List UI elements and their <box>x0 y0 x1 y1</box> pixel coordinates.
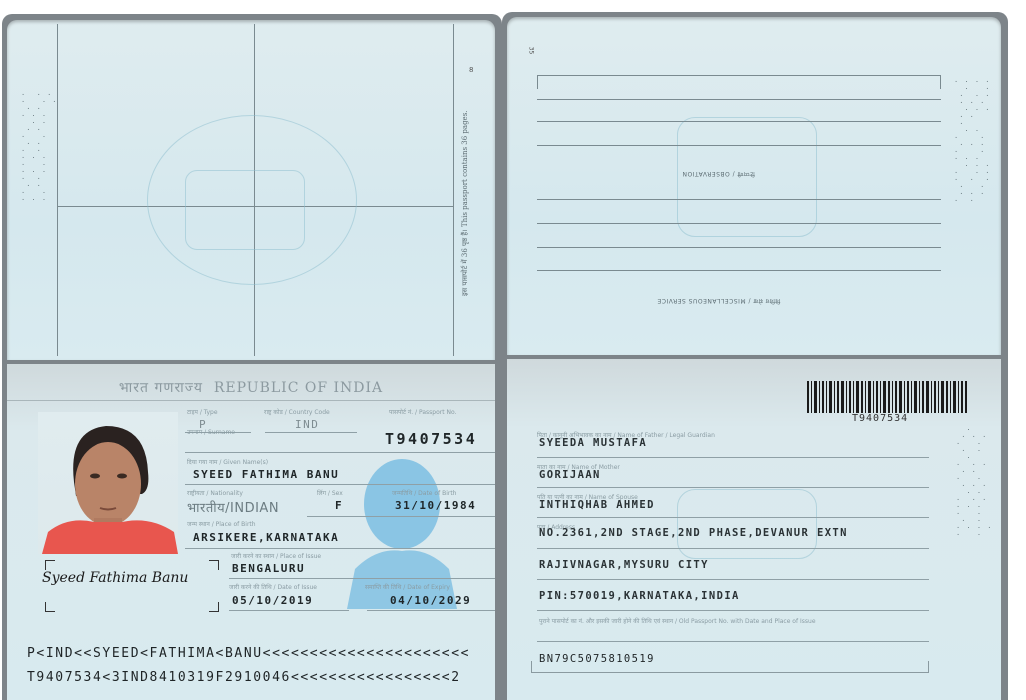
label-nationality: राष्ट्रीयता / Nationality <box>187 489 243 497</box>
label-date-of-birth: जन्मतिथि / Date of Birth <box>392 489 457 497</box>
holder-photo <box>38 412 178 554</box>
value-date-of-expiry: 04/10/2029 <box>390 594 471 607</box>
ruled-line <box>537 641 929 642</box>
page-number: 8 <box>469 66 473 74</box>
value-nationality: भारतीय/INDIAN <box>187 498 279 516</box>
old-passport-box <box>531 661 929 673</box>
observation-page: 35 टिप्पणी / OBSERVATION विविध सेवा / MI… <box>507 17 1001 355</box>
page-number: 35 <box>527 47 534 55</box>
mrz-line-1: P<IND<<SYEED<FATHIMA<BANU<<<<<<<<<<<<<<<… <box>27 646 470 661</box>
passport-scan-left: . . . . . . . . . . . . . . . . . . . . … <box>2 14 502 700</box>
value-father: SYEEDA MUSTAFA <box>539 437 647 449</box>
header-divider <box>7 400 495 401</box>
value-passport-no: T9407534 <box>385 430 477 448</box>
perforation-number-icon: . . . . . . . . . . . . . . . . . . . . … <box>954 77 991 203</box>
republic-of-india-header: भारत गणराज्य REPUBLIC OF INDIA <box>7 378 495 397</box>
ruled-line <box>537 145 941 146</box>
ruled-line <box>537 247 941 248</box>
perforation-number-icon: . . . . . . . . . . . . . . . . . . . . … <box>21 90 58 202</box>
value-address-line-3: PIN:570019,KARNATAKA,INDIA <box>539 590 740 602</box>
signature-corner <box>209 560 219 570</box>
label-passport-no: पासपोर्ट नं. / Passport No. <box>389 408 456 416</box>
label-place-of-issue: जारी करने का स्थान / Place of Issue <box>231 552 321 560</box>
page-count-notice: इस पासपोर्ट में 36 पृष्ठ हैं। This passp… <box>461 110 470 296</box>
page-grid-line <box>453 24 454 356</box>
field-underline <box>185 548 495 549</box>
label-type: टाइप / Type <box>187 408 218 416</box>
blank-visa-page: . . . . . . . . . . . . . . . . . . . . … <box>7 20 495 360</box>
label-country-code: राष्ट्र कोड / Country Code <box>264 408 330 416</box>
field-underline <box>185 484 495 485</box>
ruled-line <box>537 487 929 488</box>
field-underline <box>185 452 495 453</box>
value-sex: F <box>335 499 343 512</box>
field-underline <box>367 610 495 611</box>
ruled-line <box>537 121 941 122</box>
observation-box <box>537 75 941 89</box>
value-date-of-birth: 31/10/1984 <box>395 499 476 512</box>
ruled-line <box>537 457 929 458</box>
value-place-of-issue: BENGALURU <box>232 562 305 575</box>
passport-scan-right: 35 टिप्पणी / OBSERVATION विविध सेवा / MI… <box>502 12 1008 700</box>
personal-particulars-page: T9407534 पिता / कानूनी अभिभावक का नाम / … <box>507 359 1001 700</box>
value-spouse: INTHIQHAB AHMED <box>539 499 655 511</box>
ruled-line <box>537 223 941 224</box>
value-address-line-1: NO.2361,2ND STAGE,2ND PHASE,DEVANUR EXTN <box>539 527 848 539</box>
mrz-line-2: T9407534<3IND8410319F2910046<<<<<<<<<<<<… <box>27 670 461 685</box>
label-old-passport: पुराने पासपोर्ट का नं. और इसकी जारी होने… <box>539 617 816 625</box>
label-given-names: दिया गया नाम / Given Name(s) <box>187 458 268 466</box>
ruled-line <box>537 579 929 580</box>
label-surname: उपनाम / Surname <box>187 428 235 436</box>
label-date-of-expiry: समाप्ति की तिथि / Date of Expiry <box>365 583 450 591</box>
value-date-of-issue: 05/10/2019 <box>232 594 313 607</box>
miscellaneous-service-label: विविध सेवा / MISCELLANEOUS SERVICE <box>657 297 780 305</box>
portrait-icon <box>38 412 178 554</box>
signature-corner <box>45 602 55 612</box>
value-place-of-birth: ARSIKERE,KARNATAKA <box>193 531 339 544</box>
signature-corner <box>209 602 219 612</box>
field-underline <box>265 432 357 433</box>
field-underline <box>229 610 349 611</box>
barcode-number: T9407534 <box>852 413 908 424</box>
ruled-line <box>537 99 941 100</box>
label-date-of-issue: जारी करने की तिथि / Date of Issue <box>229 583 317 591</box>
holder-signature: Syeed Fathima Banu <box>42 570 188 586</box>
value-address-line-2: RAJIVNAGAR,MYSURU CITY <box>539 559 709 571</box>
ruled-line <box>537 517 929 518</box>
label-sex: लिंग / Sex <box>317 489 343 497</box>
value-country-code: IND <box>295 418 319 431</box>
field-underline <box>307 516 495 517</box>
value-given-names: SYEED FATHIMA BANU <box>193 468 339 481</box>
ruled-line <box>537 610 929 611</box>
passport-data-page: भारत गणराज्य REPUBLIC OF INDIA टाइप / Ty… <box>7 364 495 700</box>
ruled-line <box>537 548 929 549</box>
perforation-number-icon: . . . . . . . . . . . . . . . . . . . . … <box>956 425 993 537</box>
barcode-icon <box>807 381 967 413</box>
ruled-line <box>537 199 941 200</box>
signature-corner <box>45 560 55 570</box>
ruled-line <box>537 270 941 271</box>
observation-label: टिप्पणी / OBSERVATION <box>682 170 755 178</box>
value-mother: GORIJAAN <box>539 469 601 481</box>
field-underline <box>229 578 495 579</box>
lion-capital-watermark-icon <box>185 170 305 250</box>
label-place-of-birth: जन्म स्थान / Place of Birth <box>187 520 256 528</box>
